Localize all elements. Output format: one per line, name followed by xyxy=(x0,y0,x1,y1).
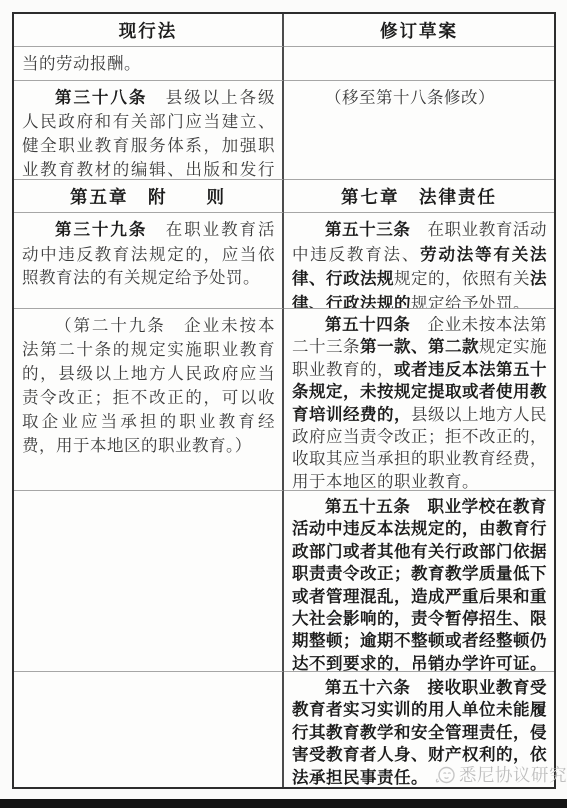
watermark-text: 悉尼协议研究院 xyxy=(459,762,567,787)
cell-article-53: 第五十三条 在职业教育活动中违反教育法、劳动法等有关法律、行政法规规定的，依照有… xyxy=(284,213,554,309)
chapter-title-current: 第五章 附 则 xyxy=(14,180,284,213)
cell-empty xyxy=(284,47,554,81)
cell-empty xyxy=(14,491,284,672)
cell-article-55: 第五十五条 职业学校在教育活动中违反本法规定的，由教育行政部门或者其他有关行政部… xyxy=(284,491,554,672)
chapter-title-draft: 第七章 法律责任 xyxy=(284,180,554,213)
bottom-black-bar xyxy=(0,799,567,808)
cell-article-29: （第二十九条 企业未按本法第二十条的规定实施职业教育的，县级以上地方人民政府应当… xyxy=(14,309,284,491)
cell-article-38: 第三十八条 县级以上各级人民政府和有关部门应当建立、健全职业教育服务体系，加强职… xyxy=(14,81,284,180)
column-header-current-law: 现行法 xyxy=(14,14,284,47)
cell-moved-note: （移至第十八条修改） xyxy=(284,81,554,180)
cell-article-39: 第三十九条 在职业教育活动中违反教育法规定的，应当依照教育法的有关规定给予处罚。 xyxy=(14,213,284,309)
document-page: 现行法 修订草案 当的劳动报酬。 第三十八条 县级以上各级人民政府和有关部门应当… xyxy=(0,0,567,808)
law-comparison-table: 现行法 修订草案 当的劳动报酬。 第三十八条 县级以上各级人民政府和有关部门应当… xyxy=(12,12,556,789)
cell-current-law-continuation: 当的劳动报酬。 xyxy=(14,47,284,81)
cell-empty xyxy=(14,672,284,787)
column-header-revision-draft: 修订草案 xyxy=(284,14,554,47)
cell-article-54: 第五十四条 企业未按本法第二十三条第一款、第二款规定实施职业教育的，或者违反本法… xyxy=(284,309,554,491)
smiley-logo-icon xyxy=(433,763,457,787)
watermark: 悉尼协议研究院 xyxy=(433,762,567,787)
